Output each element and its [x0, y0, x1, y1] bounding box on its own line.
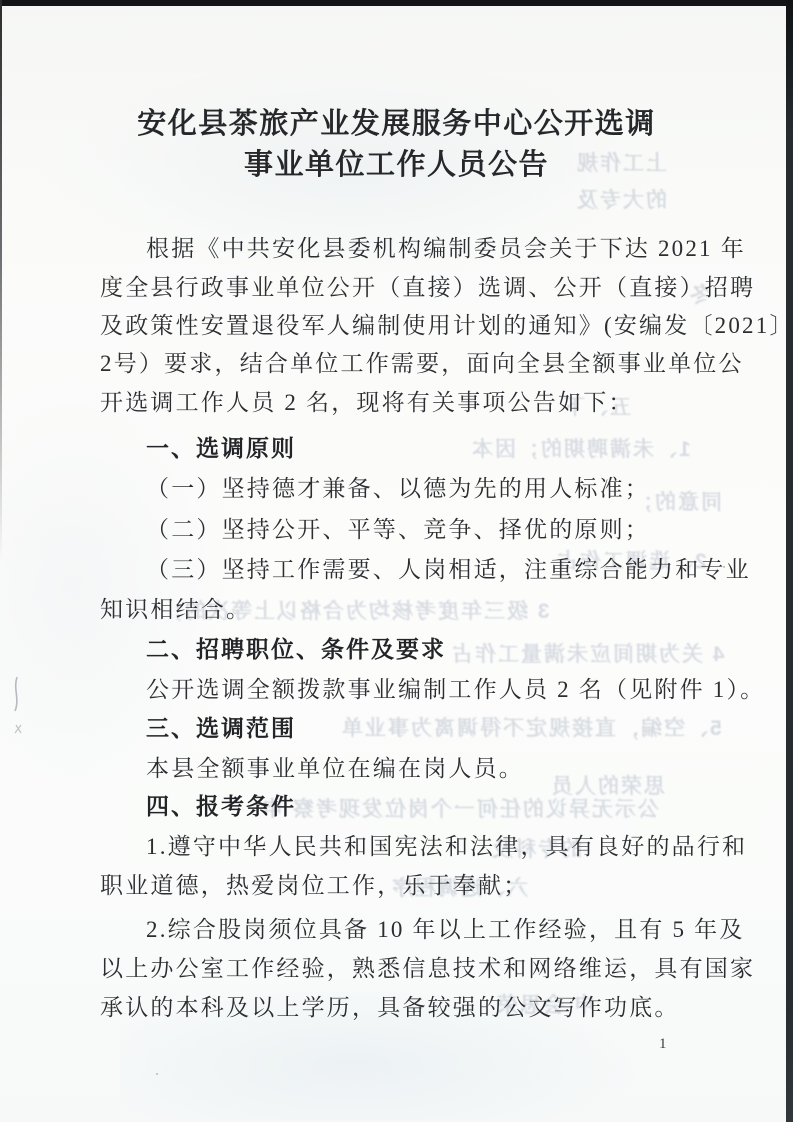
- body-line: 度全县行政事业单位公开（直接）选调、公开（直接）招聘: [100, 269, 712, 302]
- body-line: （一）坚持德才兼备、以德为先的用人标准；: [100, 470, 758, 503]
- scan-edge-right: [786, 0, 793, 1122]
- body-line: 本县全额事业单位在编在岗人员。: [100, 750, 758, 783]
- section-heading-1: 一、选调原则: [100, 430, 758, 463]
- body-line: 开选调工作人员 2 名，现将有关事项公告如下：: [100, 384, 712, 417]
- section-heading-3: 三、选调范围: [100, 710, 758, 743]
- body-line: 根据《中共安化县委机构编制委员会关于下达 2021 年: [100, 230, 758, 263]
- body-line: （三）坚持工作需要、人岗相适，注重综合能力和专业: [100, 551, 758, 584]
- dust-speck: [156, 1073, 158, 1075]
- dust-speck: [723, 566, 725, 568]
- dust-speck: [536, 527, 538, 529]
- scan-edge-top: [0, 0, 793, 6]
- pen-smudge: [10, 675, 28, 737]
- bleedthrough-text: 的大专及: [575, 184, 667, 214]
- body-line: 及政策性安置退役军人编制使用计划的通知》(安编发〔2021〕: [100, 307, 712, 340]
- body-line: （二）坚持公开、平等、竞争、择优的原则；: [100, 511, 758, 544]
- body-line: 2号）要求，结合单位工作需要，面向全县全额事业单位公: [100, 345, 712, 378]
- body-line: 以上办公室工作经验，熟悉信息技术和网络维运，具有国家: [100, 950, 712, 983]
- document-title-line-2: 事业单位工作人员公告: [60, 142, 733, 183]
- body-line: 2.综合股岗须位具备 10 年以上工作经验，且有 5 年及: [100, 911, 758, 944]
- scanned-document-page: 上工作规 的大专及 冬 五、下 1、未满聘期的；因本 同意的； 2、选调工作占 …: [0, 0, 793, 1122]
- body-line: 1.遵守中华人民共和国宪法和法律，具有良好的品行和: [100, 828, 758, 861]
- section-heading-4: 四、报考条件: [100, 788, 758, 821]
- body-line: 承认的本科及以上学历，具备较强的公文写作功底。: [100, 989, 712, 1022]
- document-title-line-1: 安化县茶旅产业发展服务中心公开选调: [60, 101, 733, 142]
- section-heading-2: 二、招聘职位、条件及要求: [100, 631, 758, 664]
- scan-edge-left: [0, 0, 2, 560]
- body-line: 职业道德，热爱岗位工作，乐于奉献；: [100, 867, 712, 900]
- body-line: 知识相结合。: [100, 591, 712, 624]
- page-number: 1: [659, 1036, 667, 1053]
- body-line: 公开选调全额拨款事业编制工作人员 2 名（见附件 1）。: [100, 671, 758, 704]
